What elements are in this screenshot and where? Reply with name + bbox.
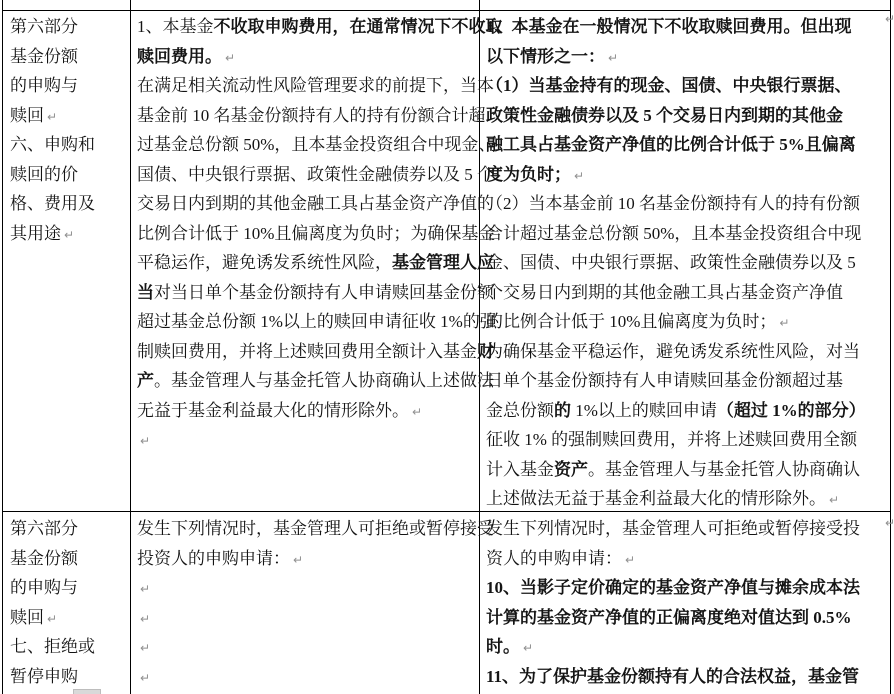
text-line: 过基金总份额 50%，且本基金投资组合中现金、 [137, 130, 476, 160]
paragraph-mark-icon: ↵ [293, 553, 303, 567]
text-line: 制赎回费用，并将上述赎回费用全额计入基金财 [137, 337, 476, 367]
text-line: 七、拒绝或 [10, 632, 126, 662]
text-line: 当对当日单个基金份额持有人申请赎回基金份额 [137, 278, 476, 308]
text-line: 国债、中央银行票据、政策性金融债券以及 5 个 [137, 160, 476, 190]
section-cell-row1: 第六部分基金份额的申购与赎回↵六、申购和赎回的价格、费用及其用途↵ [10, 12, 126, 248]
text-line: 赎回费用。↵ [137, 42, 476, 72]
text-line: 1、本基金不收取申购费用，在通常情况下不收取 [137, 12, 476, 42]
text-run: 发生下列情况时，基金管理人可拒绝或暂停接受 [137, 519, 494, 538]
text-run: 日单个基金份额持有人申请赎回基金份额超过基 [486, 371, 843, 390]
text-line: ↵ [137, 603, 476, 633]
text-run: 不收取申购费用，在通常情况下不收取 [214, 17, 503, 36]
text-run: 合计超过基金总份额 50%，且本基金投资组合中现 [486, 224, 861, 243]
text-line: 投资人的申购申请：↵ [137, 544, 476, 574]
text-line: （1）当基金持有的现金、国债、中央银行票据、 [486, 71, 887, 101]
text-run: 格、费用及 [10, 194, 95, 213]
text-line: 合计超过基金总份额 50%，且本基金投资组合中现 [486, 219, 887, 249]
revised-text-cell-row2: 发生下列情况时，基金管理人可拒绝或暂停接受投资人的申购申请：↵10、当影子定价确… [486, 514, 887, 691]
text-line: ↵ [137, 632, 476, 662]
table-border-col1 [130, 0, 131, 694]
text-run: （2）当本基金前 10 名基金份额持有人的持有份额 [486, 194, 860, 213]
text-run: 上述做法无益于基金利益最大化的情形除外。 [486, 489, 826, 508]
page-bottom-artifact [73, 689, 101, 694]
text-run: 无益于基金利益最大化的情形除外。 [137, 401, 409, 420]
row-end-mark-icon: ↵ [885, 516, 894, 530]
revised-text-cell-row1: 1、本基金在一般情况下不收取赎回费用。但出现以下情形之一：↵（1）当基金持有的现… [486, 12, 887, 514]
text-line: 基金前 10 名基金份额持有人的持有份额合计超 [137, 101, 476, 131]
paragraph-mark-icon: ↵ [412, 405, 422, 419]
paragraph-mark-icon: ↵ [140, 671, 150, 685]
original-text-cell-row1: 1、本基金不收取申购费用，在通常情况下不收取赎回费用。↵在满足相关流动性风险管理… [137, 12, 476, 455]
text-run: 制赎回费用，并将上述赎回费用全额计入基金 [137, 342, 477, 361]
text-line: 的申购与 [10, 573, 126, 603]
text-run: 产 [137, 371, 154, 390]
paragraph-mark-icon: ↵ [140, 434, 150, 448]
text-run: 的比例合计低于 10%且偏离度为负时； [486, 312, 776, 331]
text-run: 赎回的价 [10, 165, 78, 184]
text-run: 对当日单个基金份额持有人申请赎回基金份额 [154, 283, 494, 302]
paragraph-mark-icon: ↵ [47, 110, 57, 124]
paragraph-mark-icon: ↵ [140, 641, 150, 655]
text-run: 1、本基金在一般情况下不收取赎回费用。但出现 [486, 17, 852, 36]
text-run: 比例合计低于 10%且偏离度为负时；为确保基金 [137, 224, 495, 243]
paragraph-mark-icon: ↵ [625, 553, 635, 567]
text-run: 发生下列情况时，基金管理人可拒绝或暂停接受投 [486, 519, 860, 538]
paragraph-mark-icon: ↵ [779, 316, 789, 330]
text-line: 的申购与 [10, 71, 126, 101]
text-run: 计算的基金资产净值的正偏离度绝对值达到 0.5% [486, 608, 852, 627]
text-run: 过基金总份额 50%，且本基金投资组合中现金、 [137, 135, 495, 154]
text-run: 赎回 [10, 106, 44, 125]
text-run: 基金管理人应 [392, 253, 494, 272]
text-line: ↵ [137, 573, 476, 603]
text-run: 的申购与 [10, 578, 78, 597]
text-run: （1）当基金持有的现金、国债、中央银行票据、 [486, 76, 852, 95]
text-line: 个交易日内到期的其他金融工具占基金资产净值 [486, 278, 887, 308]
text-run: 其用途 [10, 224, 61, 243]
text-line: 格、费用及 [10, 189, 126, 219]
text-run: 金总份额 [486, 401, 554, 420]
text-run: 投资人的申购申请： [137, 549, 290, 568]
text-run: 资人的申购申请： [486, 549, 622, 568]
text-line: 以下情形之一：↵ [486, 42, 887, 72]
text-run: 交易日内到期的其他金融工具占基金资产净值的 [137, 194, 494, 213]
text-run: 资产 [554, 460, 588, 479]
text-line: 1、本基金在一般情况下不收取赎回费用。但出现 [486, 12, 887, 42]
text-run: 赎回费用。 [137, 47, 222, 66]
text-run: 超过基金总份额 1%以上的赎回申请征收 1%的强 [137, 312, 497, 331]
text-line: 六、申购和 [10, 130, 126, 160]
text-run: 时。 [486, 637, 520, 656]
text-line: 基金份额 [10, 42, 126, 72]
text-run: 第六部分 [10, 17, 78, 36]
text-line: ↵ [137, 662, 476, 692]
text-run: 金、国债、中央银行票据、政策性金融债券以及 5 [486, 253, 856, 272]
text-run: 的 [554, 401, 571, 420]
text-run: 基金前 10 名基金份额持有人的持有份额合计超 [137, 106, 486, 125]
paragraph-mark-icon: ↵ [47, 612, 57, 626]
text-run: 计入基金 [486, 460, 554, 479]
text-run: 七、拒绝或 [10, 637, 95, 656]
text-line: 超过基金总份额 1%以上的赎回申请征收 1%的强 [137, 307, 476, 337]
text-line: （2）当本基金前 10 名基金份额持有人的持有份额 [486, 189, 887, 219]
text-run: 当 [137, 283, 154, 302]
section-cell-row2: 第六部分基金份额的申购与赎回↵七、拒绝或暂停申购 [10, 514, 126, 691]
text-line: 无益于基金利益最大化的情形除外。↵ [137, 396, 476, 426]
text-line: 的比例合计低于 10%且偏离度为负时；↵ [486, 307, 887, 337]
text-line: 征收 1% 的强制赎回费用，并将上述赎回费用全额 [486, 425, 887, 455]
paragraph-mark-icon: ↵ [608, 51, 618, 65]
text-run: 国债、中央银行票据、政策性金融债券以及 5 个 [137, 165, 494, 184]
text-run: 平稳运作，避免诱发系统性风险， [137, 253, 392, 272]
text-run: 11、为了保护基金份额持有人的合法权益，基金管 [486, 667, 859, 686]
text-run: 暂停申购 [10, 667, 78, 686]
text-run: 为确保基金平稳运作，避免诱发系统性风险，对当 [486, 342, 860, 361]
text-line: 在满足相关流动性风险管理要求的前提下，当本 [137, 71, 476, 101]
text-run: 。基金管理人与基金托管人协商确认 [588, 460, 860, 479]
text-line: 交易日内到期的其他金融工具占基金资产净值的 [137, 189, 476, 219]
text-line: 10、当影子定价确定的基金资产净值与摊余成本法 [486, 573, 887, 603]
text-run: 10、当影子定价确定的基金资产净值与摊余成本法 [486, 578, 860, 597]
text-run: 。基金管理人与基金托管人协商确认上述做法 [154, 371, 494, 390]
text-run: 个交易日内到期的其他金融工具占基金资产净值 [486, 283, 843, 302]
text-line: 发生下列情况时，基金管理人可拒绝或暂停接受 [137, 514, 476, 544]
text-line: 其用途↵ [10, 219, 126, 249]
text-line: 为确保基金平稳运作，避免诱发系统性风险，对当 [486, 337, 887, 367]
text-line: 平稳运作，避免诱发系统性风险，基金管理人应 [137, 248, 476, 278]
text-line: 政策性金融债券以及 5 个交易日内到期的其他金 [486, 101, 887, 131]
text-run: 度为负时； [486, 165, 571, 184]
text-line: 计入基金资产。基金管理人与基金托管人协商确认 [486, 455, 887, 485]
text-run: 以下情形之一： [486, 47, 605, 66]
text-line: 第六部分 [10, 514, 126, 544]
text-run: （超过 1%的部分） [717, 401, 866, 420]
paragraph-mark-icon: ↵ [140, 582, 150, 596]
text-line: 11、为了保护基金份额持有人的合法权益，基金管 [486, 662, 887, 692]
text-line: 融工具占基金资产净值的比例合计低于 5%且偏离 [486, 130, 887, 160]
paragraph-mark-icon: ↵ [829, 493, 839, 507]
text-line: 资人的申购申请：↵ [486, 544, 887, 574]
text-line: 发生下列情况时，基金管理人可拒绝或暂停接受投 [486, 514, 887, 544]
text-line: 暂停申购 [10, 662, 126, 692]
text-run: 的申购与 [10, 76, 78, 95]
text-line: 基金份额 [10, 544, 126, 574]
text-run: 1%以上的赎回申请 [571, 401, 717, 420]
text-line: 上述做法无益于基金利益最大化的情形除外。↵ [486, 484, 887, 514]
text-line: 产。基金管理人与基金托管人协商确认上述做法 [137, 366, 476, 396]
text-run: 1、本基金 [137, 17, 214, 36]
text-line: 时。↵ [486, 632, 887, 662]
text-line: 日单个基金份额持有人申请赎回基金份额超过基 [486, 366, 887, 396]
text-line: 赎回↵ [10, 603, 126, 633]
text-line: 赎回的价 [10, 160, 126, 190]
table-border-row-top [2, 10, 891, 11]
paragraph-mark-icon: ↵ [225, 51, 235, 65]
text-run: 政策性金融债券以及 5 个交易日内到期的其他金 [486, 106, 843, 125]
text-run: 征收 1% 的强制赎回费用，并将上述赎回费用全额 [486, 430, 857, 449]
text-run: 基金份额 [10, 47, 78, 66]
text-run: 六、申购和 [10, 135, 95, 154]
paragraph-mark-icon: ↵ [140, 612, 150, 626]
text-line: 金总份额的 1%以上的赎回申请（超过 1%的部分） [486, 396, 887, 426]
text-run: 融工具占基金资产净值的比例合计低于 5%且偏离 [486, 135, 856, 154]
original-text-cell-row2: 发生下列情况时，基金管理人可拒绝或暂停接受投资人的申购申请：↵↵↵↵↵ [137, 514, 476, 691]
text-line: 度为负时；↵ [486, 160, 887, 190]
text-line: 第六部分 [10, 12, 126, 42]
paragraph-mark-icon: ↵ [574, 169, 584, 183]
text-line: 赎回↵ [10, 101, 126, 131]
text-line: 计算的基金资产净值的正偏离度绝对值达到 0.5% [486, 603, 887, 633]
text-run: 基金份额 [10, 549, 78, 568]
text-run: 赎回 [10, 608, 44, 627]
table-border-left [2, 0, 3, 694]
text-run: 在满足相关流动性风险管理要求的前提下，当本 [137, 76, 494, 95]
text-line: 金、国债、中央银行票据、政策性金融债券以及 5 [486, 248, 887, 278]
table-border-right [890, 0, 891, 694]
paragraph-mark-icon: ↵ [64, 228, 74, 242]
paragraph-mark-icon: ↵ [523, 641, 533, 655]
row-end-mark-icon: ↵ [885, 12, 894, 26]
document-page: 第六部分基金份额的申购与赎回↵六、申购和赎回的价格、费用及其用途↵ 1、本基金不… [0, 0, 894, 694]
text-line: ↵ [137, 425, 476, 455]
text-line: 比例合计低于 10%且偏离度为负时；为确保基金 [137, 219, 476, 249]
text-run: 第六部分 [10, 519, 78, 538]
